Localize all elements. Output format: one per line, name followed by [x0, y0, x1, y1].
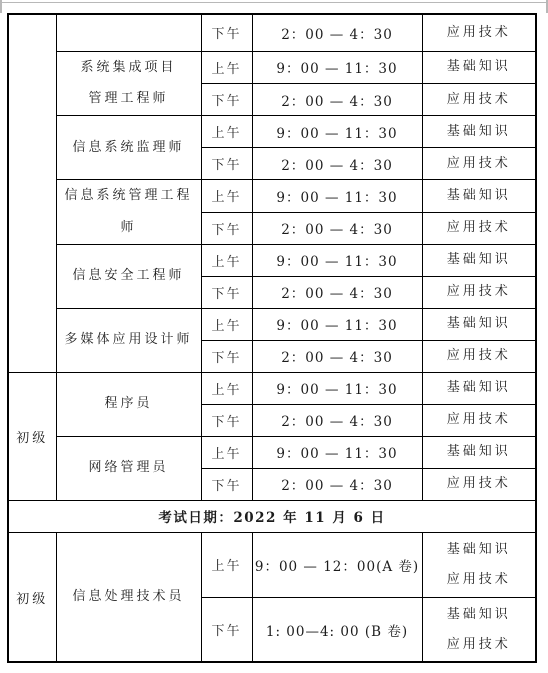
time-cell: 2：00 — 4：30 [252, 340, 422, 372]
job-cell: 信息系统监理师 [56, 116, 201, 180]
exam-date-row: 考试日期：2022 年 11 月 6 日 [8, 500, 536, 532]
subject-cell: 基础知识 [422, 436, 536, 468]
period-cell: 上午 [201, 180, 252, 212]
subject-cell: 基础知识 [422, 180, 536, 212]
subject-cell: 基础知识 应用技术 [422, 597, 536, 662]
period-cell: 下午 [201, 83, 252, 115]
table-row: 信息系统管理工程师 上午 9：00 — 11：30 基础知识 [8, 180, 536, 212]
table-row: 系统集成项目 管理工程师 上午 9：00 — 11：30 基础知识 [8, 51, 536, 83]
time-cell: 2：00 — 4：30 [252, 148, 422, 180]
time-cell: 2：00 — 4：30 [252, 468, 422, 500]
subject-cell: 基础知识 应用技术 [422, 532, 536, 597]
period-cell: 下午 [201, 404, 252, 436]
time-cell: 9：00 — 12：00(A 卷) [252, 532, 422, 597]
subject-cell: 应用技术 [422, 468, 536, 500]
period-cell: 上午 [201, 308, 252, 340]
period-cell: 下午 [201, 212, 252, 244]
job-cell: 多媒体应用设计师 [56, 308, 201, 372]
time-cell: 2：00 — 4：30 [252, 83, 422, 115]
table-row: 下午 2：00 — 4：30 应用技术 [8, 14, 536, 51]
period-cell: 上午 [201, 244, 252, 276]
time-cell: 9：00 — 11：30 [252, 308, 422, 340]
subject-cell: 应用技术 [422, 148, 536, 180]
page-break-line [0, 2, 548, 3]
period-cell: 下午 [201, 340, 252, 372]
level-cell [8, 14, 56, 372]
subject-cell: 基础知识 [422, 372, 536, 404]
document-page: 下午 2：00 — 4：30 应用技术 系统集成项目 管理工程师 上午 9：00… [0, 0, 548, 673]
level-cell: 初级 [8, 372, 56, 500]
period-cell: 上午 [201, 116, 252, 148]
time-cell: 9：00 — 11：30 [252, 372, 422, 404]
subject-cell: 应用技术 [422, 276, 536, 308]
job-cell: 信息处理技术员 [56, 532, 201, 662]
time-cell: 9：00 — 11：30 [252, 51, 422, 83]
time-cell: 1: 00—4: 00 (B 卷) [252, 597, 422, 662]
subject-cell: 应用技术 [422, 83, 536, 115]
time-cell: 2：00 — 4：30 [252, 14, 422, 51]
time-cell: 2：00 — 4：30 [252, 212, 422, 244]
period-cell: 上午 [201, 532, 252, 597]
table-row: 信息系统监理师 上午 9：00 — 11：30 基础知识 [8, 116, 536, 148]
subject-cell: 应用技术 [422, 212, 536, 244]
time-cell: 9：00 — 11：30 [252, 244, 422, 276]
period-cell: 下午 [201, 276, 252, 308]
table-row: 信息安全工程师 上午 9：00 — 11：30 基础知识 [8, 244, 536, 276]
job-cell: 信息系统管理工程师 [56, 180, 201, 245]
period-cell: 上午 [201, 436, 252, 468]
time-cell: 9：00 — 11：30 [252, 116, 422, 148]
job-cell: 信息安全工程师 [56, 244, 201, 308]
period-cell: 上午 [201, 51, 252, 83]
subject-cell: 应用技术 [422, 14, 536, 51]
subject-cell: 基础知识 [422, 244, 536, 276]
page-break-tick-left [0, 0, 2, 13]
table-row: 多媒体应用设计师 上午 9：00 — 11：30 基础知识 [8, 308, 536, 340]
period-cell: 下午 [201, 597, 252, 662]
subject-cell: 基础知识 [422, 116, 536, 148]
time-cell: 2：00 — 4：30 [252, 276, 422, 308]
period-cell: 下午 [201, 468, 252, 500]
table-row: 网络管理员 上午 9：00 — 11：30 基础知识 [8, 436, 536, 468]
exam-date-cell: 考试日期：2022 年 11 月 6 日 [8, 500, 536, 532]
time-cell: 9：00 — 11：30 [252, 436, 422, 468]
table-row: 初级 程序员 上午 9：00 — 11：30 基础知识 [8, 372, 536, 404]
period-cell: 下午 [201, 14, 252, 51]
subject-cell: 应用技术 [422, 340, 536, 372]
exam-schedule-table: 下午 2：00 — 4：30 应用技术 系统集成项目 管理工程师 上午 9：00… [7, 13, 537, 663]
job-cell: 系统集成项目 管理工程师 [56, 51, 201, 116]
job-cell: 网络管理员 [56, 436, 201, 500]
subject-cell: 基础知识 [422, 308, 536, 340]
job-cell: 程序员 [56, 372, 201, 436]
subject-cell: 应用技术 [422, 404, 536, 436]
level-cell: 初级 [8, 532, 56, 662]
period-cell: 下午 [201, 148, 252, 180]
subject-cell: 基础知识 [422, 51, 536, 83]
job-cell [56, 14, 201, 51]
time-cell: 9：00 — 11：30 [252, 180, 422, 212]
period-cell: 上午 [201, 372, 252, 404]
time-cell: 2：00 — 4：30 [252, 404, 422, 436]
table-row: 初级 信息处理技术员 上午 9：00 — 12：00(A 卷) 基础知识 应用技… [8, 532, 536, 597]
